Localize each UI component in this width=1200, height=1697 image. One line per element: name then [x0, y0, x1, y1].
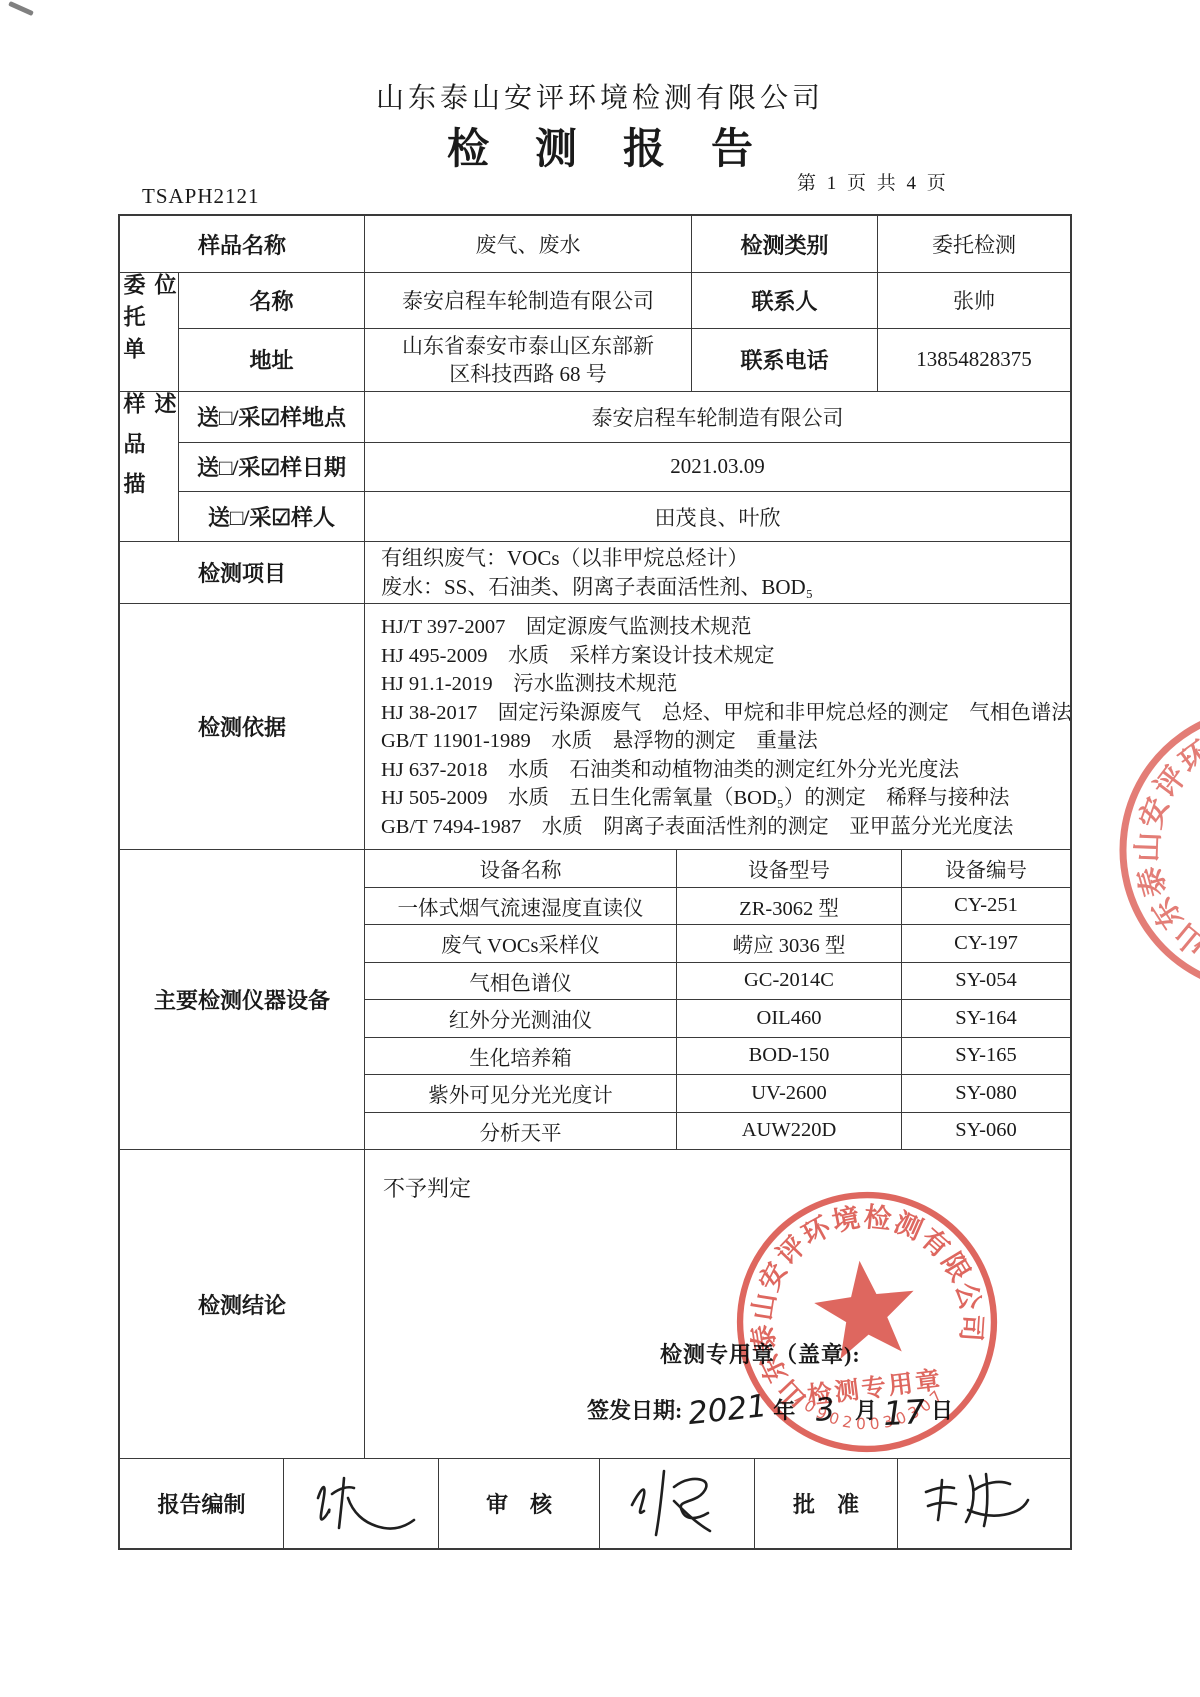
sampling-person-label: 送□/采☑样人: [179, 492, 365, 541]
equipment-model: UV-2600: [676, 1075, 901, 1112]
sampling-date-value: 2021.03.09: [365, 443, 1070, 492]
equipment-model: ZR-3062 型: [676, 888, 901, 925]
equipment-no: SY-054: [901, 963, 1070, 1000]
seal-company-arc-text: 山东泰山安评环境检测有限公司: [1102, 689, 1200, 970]
basis-line: HJ 91.1-2019 污水监测技术规范: [381, 670, 677, 699]
approve-signature: [898, 1459, 1070, 1548]
table-row-client-name: 名称 泰安启程车轮制造有限公司 联系人 张帅: [179, 273, 1070, 328]
basis-line: HJ 38-2017 固定污染源废气 总烃、甲烷和非甲烷总烃的测定 气相色谱法: [381, 699, 1070, 728]
equipment-row: 分析天平 AUW220D SY-060: [365, 1112, 1070, 1150]
handwritten-year: 2021: [687, 1387, 769, 1431]
equipment-header-name: 设备名称: [365, 850, 676, 887]
equipment-name: 分析天平: [365, 1113, 676, 1150]
table-row-test-items: 检测项目 有组织废气：VOCs（以非甲烷总烃计） 废水：SS、石油类、阴离子表面…: [120, 541, 1070, 603]
review-label: 审 核: [439, 1459, 600, 1548]
address-label: 地址: [179, 329, 365, 391]
issue-year-unit: 年: [773, 1394, 795, 1425]
equipment-no: SY-164: [901, 1000, 1070, 1037]
equipment-name: 废气 VOCs采样仪: [365, 925, 676, 962]
equipment-header-model: 设备型号: [676, 850, 901, 887]
phone-value: 13854828375: [878, 329, 1070, 391]
equipment-model: GC-2014C: [676, 963, 901, 1000]
test-category-label: 检测类别: [692, 216, 878, 272]
scanned-report-page: 山东泰山安评环境检测有限公司 检测报告 TSAPH2121 第 1 页 共 4 …: [0, 0, 1200, 1697]
equipment-model: OIL460: [676, 1000, 901, 1037]
table-row-test-basis: 检测依据 HJ/T 397-2007 固定源废气监测技术规范 HJ 495-20…: [120, 603, 1070, 849]
test-category-value: 委托检测: [878, 216, 1070, 272]
test-basis-value: HJ/T 397-2007 固定源废气监测技术规范 HJ 495-2009 水质…: [365, 604, 1070, 849]
client-name-value: 泰安启程车轮制造有限公司: [365, 273, 692, 328]
table-row-conclusion: 检测结论 不予判定 检测专用章（盖章): 签发日期: 2021 年 3 月 17…: [120, 1149, 1070, 1458]
client-section: 委托单位 名称 泰安启程车轮制造有限公司 联系人 张帅 地址 山东省泰安市泰山区…: [120, 272, 1070, 391]
edge-seal-stamp: 山东泰山安评环境检测有限公司 检测专用章 709020030307: [1081, 668, 1200, 1032]
equipment-no: SY-165: [901, 1038, 1070, 1075]
equipment-model: BOD-150: [676, 1038, 901, 1075]
issue-date-label: 签发日期:: [587, 1394, 682, 1425]
basis-line: GB/T 11901-1989 水质 悬浮物的测定 重量法: [381, 727, 818, 756]
signature-scribble: [612, 1465, 742, 1543]
table-row-approval: 报告编制 审 核: [120, 1458, 1070, 1548]
equipment-row: 生化培养箱 BOD-150 SY-165: [365, 1037, 1070, 1075]
equipment-model: 崂应 3036 型: [676, 925, 901, 962]
equipment-name: 红外分光测油仪: [365, 1000, 676, 1037]
signature-scribble: [914, 1466, 1054, 1542]
handwritten-day: 17: [882, 1392, 926, 1433]
equipment-name: 紫外可见分光光度计: [365, 1075, 676, 1112]
equipment-row: 废气 VOCs采样仪 崂应 3036 型 CY-197: [365, 924, 1070, 962]
seal-ring: [1093, 680, 1200, 1019]
page-indicator: 第 1 页 共 4 页: [797, 168, 949, 195]
sample-description-section: 样品描述 送□/采☑样地点 泰安启程车轮制造有限公司 送□/采☑样日期 2021…: [120, 391, 1070, 541]
phone-label: 联系电话: [692, 329, 878, 391]
issue-date-line: 签发日期: 2021 年 3 月 17 日: [587, 1390, 953, 1429]
table-row-sample-name: 样品名称 废气、废水 检测类别 委托检测: [120, 216, 1070, 272]
sample-name-value: 废气、废水: [365, 216, 692, 272]
handwritten-month: 3: [813, 1391, 836, 1429]
svg-text:709020030307: 709020030307: [1185, 892, 1200, 993]
issue-day-unit: 日: [931, 1394, 953, 1425]
basis-line: HJ 505-2009 水质 五日生化需氧量（BOD₅）的测定 稀释与接种法: [381, 784, 1009, 813]
equipment-row: 红外分光测油仪 OIL460 SY-164: [365, 999, 1070, 1037]
seal-serial-text: 709020030307: [1185, 892, 1200, 993]
review-signature: [600, 1459, 755, 1548]
approve-label: 批 准: [755, 1459, 898, 1548]
report-table: 样品名称 废气、废水 检测类别 委托检测 委托单位 名称 泰安启程车轮制造有限公…: [118, 214, 1072, 1550]
report-number: TSAPH2121: [142, 184, 260, 209]
prepared-by-label: 报告编制: [120, 1459, 284, 1548]
test-items-line: 废水：SS、石油类、阴离子表面活性剂、BOD₅: [381, 573, 813, 602]
equipment-row: 气相色谱仪 GC-2014C SY-054: [365, 962, 1070, 1000]
equipment-header-no: 设备编号: [901, 850, 1070, 887]
equipment-no: SY-080: [901, 1075, 1070, 1112]
equipment-header-row: 设备名称 设备型号 设备编号: [365, 850, 1070, 887]
conclusion-verdict: 不予判定: [383, 1172, 471, 1203]
test-basis-label: 检测依据: [120, 604, 365, 849]
scan-artifact: [8, 1, 34, 16]
equipment-no: CY-197: [901, 925, 1070, 962]
equipment-no: SY-060: [901, 1113, 1070, 1150]
test-items-line: 有组织废气：VOCs（以非甲烷总烃计）: [381, 544, 749, 573]
table-row-client-address: 地址 山东省泰安市泰山区东部新区科技西路 68 号 联系电话 138548283…: [179, 328, 1070, 391]
client-name-label: 名称: [179, 273, 365, 328]
table-row-sampling-site: 送□/采☑样地点 泰安启程车轮制造有限公司: [179, 392, 1070, 442]
sampling-date-label: 送□/采☑样日期: [179, 443, 365, 492]
equipment-name: 一体式烟气流速湿度直读仪: [365, 888, 676, 925]
sample-desc-vertical-label: 样品描述: [120, 392, 179, 541]
prepared-by-signature: [284, 1459, 439, 1548]
equipment-name: 气相色谱仪: [365, 963, 676, 1000]
conclusion-cell: 不予判定 检测专用章（盖章): 签发日期: 2021 年 3 月 17 日: [365, 1150, 1070, 1458]
table-row-sampling-person: 送□/采☑样人 田茂良、叶欣: [179, 491, 1070, 541]
test-items-label: 检测项目: [120, 542, 365, 603]
basis-line: GB/T 7494-1987 水质 阴离子表面活性剂的测定 亚甲蓝分光光度法: [381, 813, 1013, 842]
basis-line: HJ/T 397-2007 固定源废气监测技术规范: [381, 613, 751, 642]
issue-month-unit: 月: [855, 1394, 877, 1425]
company-title: 山东泰山安评环境检测有限公司: [0, 76, 1200, 116]
equipment-subtable: 设备名称 设备型号 设备编号 一体式烟气流速湿度直读仪 ZR-3062 型 CY…: [365, 850, 1070, 1149]
equipment-name: 生化培养箱: [365, 1038, 676, 1075]
table-row-equipment: 主要检测仪器设备 设备名称 设备型号 设备编号 一体式烟气流速湿度直读仪 ZR-…: [120, 849, 1070, 1149]
equipment-model: AUW220D: [676, 1113, 901, 1150]
sample-name-label: 样品名称: [120, 216, 365, 272]
equipment-label: 主要检测仪器设备: [120, 850, 365, 1149]
address-value: 山东省泰安市泰山区东部新区科技西路 68 号: [365, 329, 692, 391]
conclusion-label: 检测结论: [120, 1150, 365, 1458]
test-items-value: 有组织废气：VOCs（以非甲烷总烃计） 废水：SS、石油类、阴离子表面活性剂、B…: [365, 542, 1070, 603]
basis-line: HJ 637-2018 水质 石油类和动植物油类的测定红外分光光度法: [381, 756, 959, 785]
equipment-no: CY-251: [901, 888, 1070, 925]
equipment-row: 一体式烟气流速湿度直读仪 ZR-3062 型 CY-251: [365, 887, 1070, 925]
client-vertical-label: 委托单位: [120, 273, 179, 391]
contact-label: 联系人: [692, 273, 878, 328]
svg-text:山东泰山安评环境检测有限公司: 山东泰山安评环境检测有限公司: [1102, 689, 1200, 970]
table-row-sampling-date: 送□/采☑样日期 2021.03.09: [179, 442, 1070, 492]
basis-line: HJ 495-2009 水质 采样方案设计技术规定: [381, 642, 774, 671]
sampling-site-label: 送□/采☑样地点: [179, 392, 365, 442]
report-title: 检测报告: [23, 116, 1200, 176]
signature-scribble: [296, 1468, 426, 1540]
sampling-site-value: 泰安启程车轮制造有限公司: [365, 392, 1070, 442]
equipment-row: 紫外可见分光光度计 UV-2600 SY-080: [365, 1074, 1070, 1112]
contact-value: 张帅: [878, 273, 1070, 328]
sampling-person-value: 田茂良、叶欣: [365, 492, 1070, 541]
seal-star: [1193, 771, 1200, 899]
seal-caption: 检测专用章（盖章):: [660, 1338, 861, 1369]
